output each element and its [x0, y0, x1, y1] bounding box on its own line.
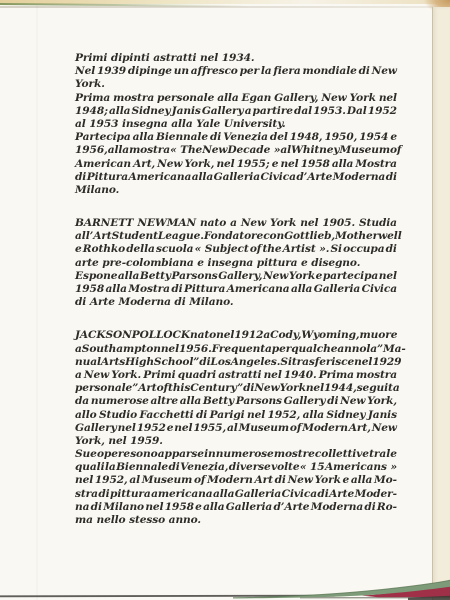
text-line: nualArtsHighSchool”diLosAngeles.Sitrasfe…: [75, 356, 397, 369]
text-line: nadiMilanonel1958eallaGalleriad’ArteMode…: [75, 501, 397, 514]
text-line: 1958allaMostradiPitturaAmericanaallaGall…: [75, 283, 397, 296]
text-line: danumerosealtreallaBettyParsonsGallerydi…: [75, 395, 397, 408]
text-line: diPitturaAmericanaallaGalleriaCivicad’Ar…: [75, 171, 397, 184]
book-edge-bottom: [0, 568, 450, 600]
text-line: JACKSONPOLLOCKnatonel1912aCody,Wyoming,m…: [75, 329, 397, 342]
text-line: aSouthamptonnel1956.Frequentaperqualchea…: [75, 343, 397, 356]
text-line: all’ArtStudentLeague.FondatoreconGottlie…: [75, 230, 397, 243]
text-line: eRothkodellascuola« SubjectoftheArtist »…: [75, 243, 397, 256]
text-line: PartecipaallaBiennalediVeneziadel1948,19…: [75, 131, 397, 144]
text-line: BARNETTNEWMANnatoaNewYorknel1905.Studia: [75, 217, 397, 230]
text-block: Primi dipinti astratti nel 1934.Nel1939d…: [75, 52, 397, 527]
text-line: arte pre-colombiana e insegna pittura e …: [75, 257, 397, 270]
text-line: aNewYork.Primiquadriastrattinel1940.Prim…: [75, 369, 397, 382]
text-line: AmericanArt,NewYork,nel1955;enel1958alla…: [75, 158, 397, 171]
paragraph: Primi dipinti astratti nel 1934.Nel1939d…: [75, 52, 397, 197]
text-line: Sueoperesonoapparseinnumerosemostrecolle…: [75, 448, 397, 461]
page-top-shadow: [0, 6, 450, 8]
text-line: nel1952,alMuseumofModernArtdiNewYorkeall…: [75, 474, 397, 487]
text-line: qualilaBiennalediVenezia,diversevolte« 1…: [75, 461, 397, 474]
text-line: EsponeallaBettyParsonsGallery,NewYorkepa…: [75, 270, 397, 283]
text-line: Primi dipinti astratti nel 1934.: [75, 52, 397, 65]
text-line: 1948;allaSidneyJanisGalleryapartiredal19…: [75, 105, 397, 118]
text-line: 1956,allamostra« TheNewDecade »alWhitney…: [75, 144, 397, 157]
page-fold-line: [36, 0, 38, 600]
text-line: di Arte Moderna di Milano.: [75, 296, 397, 309]
text-line: stradipitturaamericanaallaGalleriaCivica…: [75, 488, 397, 501]
text-line: York.: [75, 78, 397, 91]
book-page-photo: Primi dipinti astratti nel 1934.Nel1939d…: [0, 0, 450, 600]
text-line: al 1953 insegna alla Yale University.: [75, 118, 397, 131]
text-line: Gallerynel1952enel1955,alMuseumofModernA…: [75, 422, 397, 435]
text-line: ma nello stesso anno.: [75, 514, 397, 527]
paragraph: JACKSONPOLLOCKnatonel1912aCody,Wyoming,m…: [75, 329, 397, 527]
text-line: PrimamostrapersonaleallaEganGallery,NewY…: [75, 92, 397, 105]
paragraph: BARNETTNEWMANnatoaNewYorknel1905.Studiaa…: [75, 217, 397, 309]
text-line: Milano.: [75, 184, 397, 197]
text-line: alloStudioFacchettidiPariginel1952,allaS…: [75, 409, 397, 422]
text-line: York, nel 1959.: [75, 435, 397, 448]
text-line: Nel1939dipingeunaffrescoperlafieramondia…: [75, 65, 397, 78]
text-line: personale”ArtofthisCentury”diNewYorknel1…: [75, 382, 397, 395]
book-pages-edge-right: [432, 7, 450, 600]
